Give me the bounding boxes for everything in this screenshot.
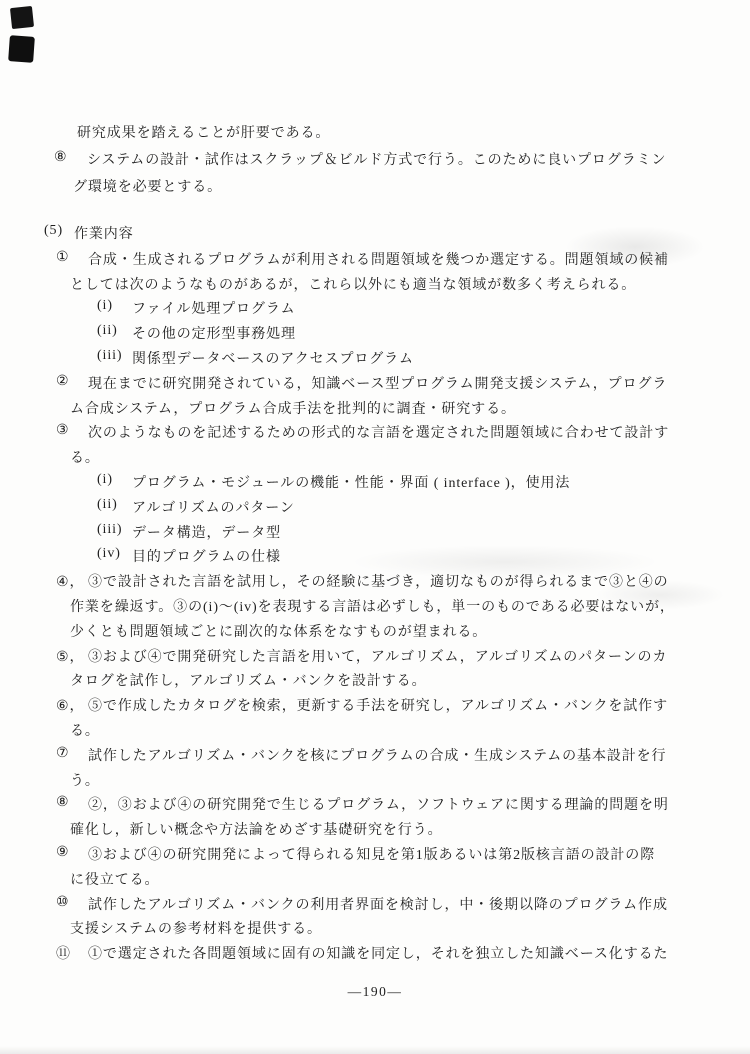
text-line: グ環境を必要とする。 xyxy=(0,176,750,203)
scan-edge-shadow xyxy=(0,1046,750,1054)
sub-item-marker: (i) xyxy=(97,298,132,314)
text-line: ②現在までに研究開発されている，知識ベース型プログラム開発支援システム，プログラ xyxy=(0,373,750,398)
item-marker: ⑨ xyxy=(56,844,88,861)
page-number: —190— xyxy=(0,984,750,1000)
line-text: る。 xyxy=(70,720,100,740)
document-body: 研究成果を踏えることが肝要である。⑧システムの設計・試作はスクラップ＆ビルド方式… xyxy=(0,122,750,968)
text-line: る。 xyxy=(0,720,750,745)
text-line: 少くとも問題領域ごとに副次的な体系をなすものが望まれる。 xyxy=(0,621,750,646)
text-line: (iii)関係型データベースのアクセスプログラム xyxy=(0,348,750,373)
line-text: タログを試作し，アルゴリズム・バンクを設計する。 xyxy=(70,670,426,690)
text-line: ム合成システム，プログラム合成手法を批判的に調査・研究する。 xyxy=(0,398,750,423)
line-text: システムの設計・試作はスクラップ＆ビルド方式で行う。このために良いプログラミン xyxy=(87,149,666,169)
text-line: ⑧システムの設計・試作はスクラップ＆ビルド方式で行う。このために良いプログラミン xyxy=(0,149,750,176)
text-line: (i)ファイル処理プログラム xyxy=(0,298,750,323)
text-line: ③次のようなものを記述するための形式的な言語を選定された問題領域に合わせて設計す xyxy=(0,422,750,447)
item-marker: ⑪ xyxy=(56,943,88,963)
line-text: 試作したアルゴリズム・バンクを核にプログラムの合成・生成システムの基本設計を行 xyxy=(88,745,666,765)
item-marker: ⑦ xyxy=(56,745,88,762)
line-text: う。 xyxy=(70,770,100,790)
sub-item-marker: (iii) xyxy=(97,348,132,364)
line-text: グ環境を必要とする。 xyxy=(73,176,222,196)
item-marker: ⑩ xyxy=(56,894,88,911)
text-line: (iv)目的プログラムの仕様 xyxy=(0,546,750,571)
line-text: 作業内容 xyxy=(74,223,134,243)
line-text: 次のようなものを記述するための形式的な言語を選定された問題領域に合わせて設計す xyxy=(88,422,669,442)
line-text: 作業を繰返す。③の(i)～(iv)を表現する言語は必ずしも，単一のものである必要… xyxy=(70,596,675,616)
sub-item-marker: (ii) xyxy=(97,323,132,339)
text-line: タログを試作し，アルゴリズム・バンクを設計する。 xyxy=(0,670,750,695)
line-text: ファイル処理プログラム xyxy=(132,298,295,318)
line-text: 少くとも問題領域ごとに副次的な体系をなすものが望まれる。 xyxy=(70,621,487,641)
line-text: ②，③および④の研究開発で生じるプログラム，ソフトウェアに関する理論的問題を明 xyxy=(88,794,669,814)
text-line: (ii)その他の定形型事務処理 xyxy=(0,323,750,348)
item-marker: ⑧ xyxy=(56,794,88,811)
text-line: ①合成・生成されるプログラムが利用される問題領域を幾つか選定する。問題領域の候補 xyxy=(0,249,750,274)
text-line: (ii)アルゴリズムのパターン xyxy=(0,497,750,522)
line-text: に役立てる。 xyxy=(70,869,159,889)
text-line: ④，③で設計された言語を試用し，その経験に基づき，適切なものが得られるまで③と④… xyxy=(0,571,750,596)
text-line: う。 xyxy=(0,770,750,795)
item-marker: (5) xyxy=(44,223,74,239)
line-text: ⑤で作成したカタログを検索，更新する手法を研究し，アルゴリズム・バンクを試作す xyxy=(88,695,668,715)
item-marker: ⑥， xyxy=(56,695,88,715)
line-text: 試作したアルゴリズム・バンクの利用者界面を検討し，中・後期以降のプログラム作成 xyxy=(88,894,668,914)
item-marker: ② xyxy=(56,373,88,390)
text-line: ⑨③および④の研究開発によって得られる知見を第1版あるいは第2版核言語の設計の際 xyxy=(0,844,750,869)
scanned-document-page: 研究成果を踏えることが肝要である。⑧システムの設計・試作はスクラップ＆ビルド方式… xyxy=(0,0,750,1054)
line-text: データ構造，データ型 xyxy=(132,522,281,542)
line-text: 合成・生成されるプログラムが利用される問題領域を幾つか選定する。問題領域の候補 xyxy=(88,249,669,269)
text-line: 確化し，新しい概念や方法論をめざす基礎研究を行う。 xyxy=(0,819,750,844)
line-text: その他の定形型事務処理 xyxy=(132,323,296,343)
line-text: ム合成システム，プログラム合成手法を批判的に調査・研究する。 xyxy=(70,398,516,418)
text-line: に役立てる。 xyxy=(0,869,750,894)
sub-item-marker: (ii) xyxy=(97,497,132,513)
line-text: ③および④の研究開発によって得られる知見を第1版あるいは第2版核言語の設計の際 xyxy=(88,844,655,864)
text-line: (5)作業内容 xyxy=(0,223,750,249)
line-text: ③で設計された言語を試用し，その経験に基づき，適切なものが得られるまで③と④の xyxy=(88,571,669,591)
line-text: アルゴリズムのパターン xyxy=(132,497,295,517)
line-text: ③および④で開発研究した言語を用いて，アルゴリズム，アルゴリズムのパターンのカ xyxy=(88,646,667,666)
text-line: ⑥，⑤で作成したカタログを検索，更新する手法を研究し，アルゴリズム・バンクを試作… xyxy=(0,695,750,720)
text-line: ⑤，③および④で開発研究した言語を用いて，アルゴリズム，アルゴリズムのパターンの… xyxy=(0,646,750,671)
line-text: る。 xyxy=(70,447,100,467)
text-line: 研究成果を踏えることが肝要である。 xyxy=(0,122,750,149)
item-marker: ③ xyxy=(56,422,88,439)
text-line: る。 xyxy=(0,447,750,472)
item-marker: ④， xyxy=(56,571,88,591)
scan-artifact-mark xyxy=(8,35,35,63)
text-line: ⑧②，③および④の研究開発で生じるプログラム，ソフトウェアに関する理論的問題を明 xyxy=(0,794,750,819)
scan-artifact-mark xyxy=(10,6,34,29)
line-text: プログラム・モジュールの機能・性能・界面 ( interface )，使用法 xyxy=(132,472,570,492)
line-text: 研究成果を踏えることが肝要である。 xyxy=(77,122,330,142)
text-line: としては次のようなものがあるが，これら以外にも適当な領域が数多く考えられる。 xyxy=(0,274,750,299)
line-text: 確化し，新しい概念や方法論をめざす基礎研究を行う。 xyxy=(70,819,443,839)
text-line: 作業を繰返す。③の(i)～(iv)を表現する言語は必ずしも，単一のものである必要… xyxy=(0,596,750,621)
line-text: としては次のようなものがあるが，これら以外にも適当な領域が数多く考えられる。 xyxy=(70,274,636,294)
text-line: ⑪①で選定された各問題領域に固有の知識を同定し，それを独立した知識ベース化するた xyxy=(0,943,750,968)
item-marker: ⑧ xyxy=(54,149,87,166)
sub-item-marker: (iv) xyxy=(97,546,132,562)
line-text: 支援システムの参考材料を提供する。 xyxy=(70,918,322,938)
text-line: ⑦試作したアルゴリズム・バンクを核にプログラムの合成・生成システムの基本設計を行 xyxy=(0,745,750,770)
item-marker: ⑤， xyxy=(56,646,88,666)
text-line: (i)プログラム・モジュールの機能・性能・界面 ( interface )，使用… xyxy=(0,472,750,497)
item-marker: ① xyxy=(56,249,88,266)
line-text: ①で選定された各問題領域に固有の知識を同定し，それを独立した知識ベース化するた xyxy=(88,943,668,963)
line-text: 関係型データベースのアクセスプログラム xyxy=(132,348,414,368)
sub-item-marker: (iii) xyxy=(97,522,132,538)
text-line: 支援システムの参考材料を提供する。 xyxy=(0,918,750,943)
sub-item-marker: (i) xyxy=(97,472,132,488)
text-line: (iii)データ構造，データ型 xyxy=(0,522,750,547)
line-text: 現在までに研究開発されている，知識ベース型プログラム開発支援システム，プログラ xyxy=(88,373,667,393)
line-text: 目的プログラムの仕様 xyxy=(132,546,281,566)
text-line: ⑩試作したアルゴリズム・バンクの利用者界面を検討し，中・後期以降のプログラム作成 xyxy=(0,894,750,919)
